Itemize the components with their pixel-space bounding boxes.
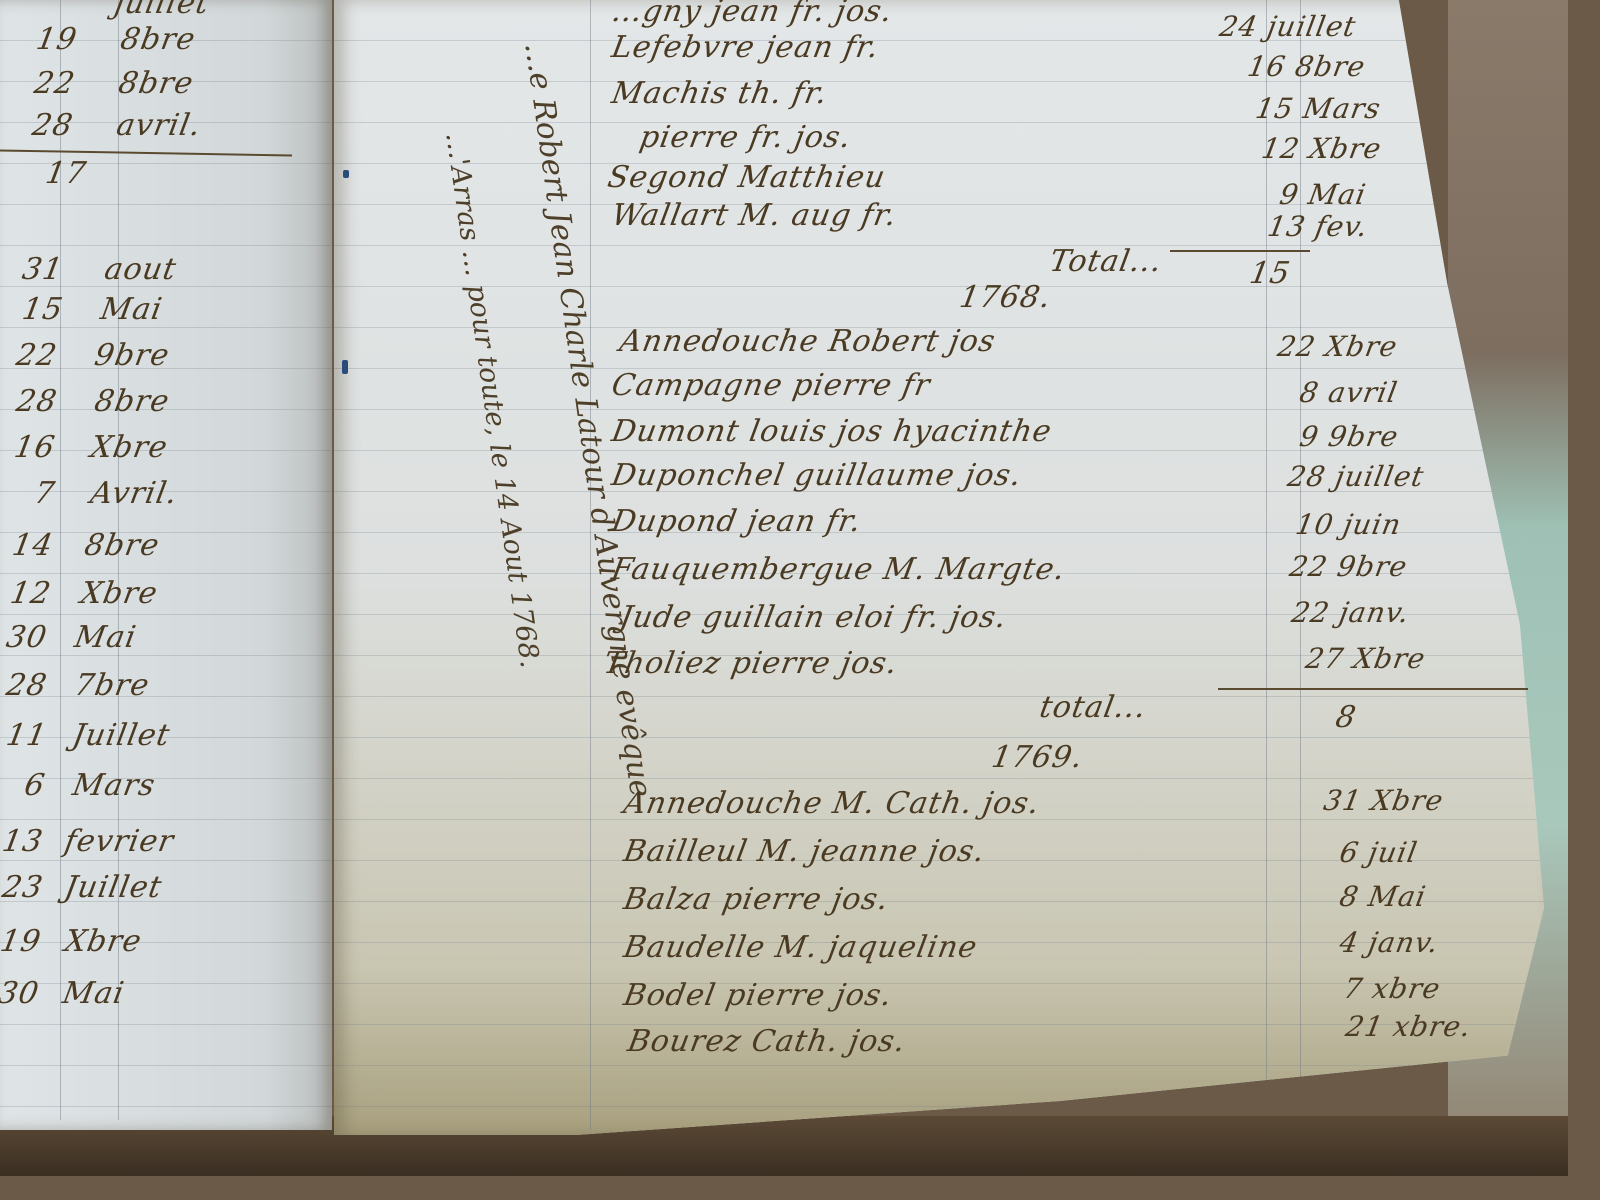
date-entry: 27 Xbre [1303, 642, 1428, 675]
register-entry: Baudelle M. jaqueline [621, 930, 980, 965]
date-entry: 24 juillet [1217, 10, 1359, 43]
date-entry: 10 juin [1293, 508, 1404, 541]
date-column-rule [1266, 0, 1267, 1130]
register-entry: Annedouche Robert jos [617, 324, 999, 359]
register-entry: Duponchel guillaume jos. [609, 458, 1025, 493]
year-heading: 1768. [957, 280, 1054, 315]
register-entry: …gny jean fr. jos. [609, 0, 895, 29]
date-entry: 16 8bre [1245, 50, 1368, 83]
register-entry: Tholiez pierre jos. [601, 646, 901, 681]
total-label: total... [1037, 690, 1149, 725]
date-entry: 22 9bre [1287, 550, 1410, 583]
date-entry: 9 9bre [1297, 420, 1401, 453]
date-entry: 15 Mars [1253, 92, 1383, 125]
binding-thread [343, 170, 349, 178]
total-rule [1218, 688, 1528, 690]
register-entry: Dumont louis jos hyacinthe [609, 414, 1055, 449]
date-entry: 12 Xbre [1259, 132, 1384, 165]
register-entry: Bodel pierre jos. [621, 978, 895, 1013]
date-entry: 31 Xbre [1321, 784, 1446, 817]
date-entry: 22 janv. [1289, 596, 1412, 629]
date-entry: 8 avril [1297, 376, 1400, 409]
register-entry: Lefebvre jean fr. [609, 30, 882, 65]
register-entry: Segond Matthieu [605, 160, 889, 195]
date-entry: 4 janv. [1337, 926, 1441, 959]
total-rule [0, 149, 292, 156]
date-entry: 9 Mai [1277, 178, 1369, 211]
register-entry: Bailleul M. jeanne jos. [621, 834, 988, 869]
register-entry: Bourez Cath. jos. [625, 1024, 909, 1059]
total-value: 15 [1247, 256, 1293, 291]
year-heading: 1769. [989, 740, 1086, 775]
register-entry: Fauquembergue M. Margte. [609, 552, 1068, 587]
date-entry: 28 juillet [1285, 460, 1427, 493]
register-entry: Balza pierre jos. [621, 882, 892, 917]
binding-thread [342, 360, 348, 374]
date-entry: 21 xbre. [1343, 1010, 1474, 1043]
register-entry: Machis th. fr. [609, 76, 831, 111]
date-entry: 13 fev. [1265, 210, 1371, 243]
date-entry: 22 Xbre [1275, 330, 1400, 363]
date-entry: 8 Mai [1337, 880, 1429, 913]
ledger-photo: juillet 19 8bre 22 8bre 28 avril. 17 31 … [0, 0, 1568, 1176]
total-label: Total... [1047, 244, 1165, 279]
register-entry: pierre fr. jos. [637, 120, 854, 155]
register-entry: Dupond jean fr. [609, 504, 864, 539]
total-rule [1170, 250, 1310, 252]
date-entry: 7 xbre [1341, 972, 1443, 1005]
register-entry: Wallart M. aug fr. [609, 198, 900, 233]
date-entry: 6 juil [1337, 836, 1420, 869]
register-entry: Campagne pierre fr [609, 368, 933, 403]
left-total: 17 [43, 156, 89, 191]
left-page: juillet 19 8bre 22 8bre 28 avril. 17 31 … [0, 0, 332, 1130]
register-entry: Jude guillain eloi fr. jos. [617, 600, 1010, 635]
register-entry: Annedouche M. Cath. jos. [621, 786, 1043, 821]
